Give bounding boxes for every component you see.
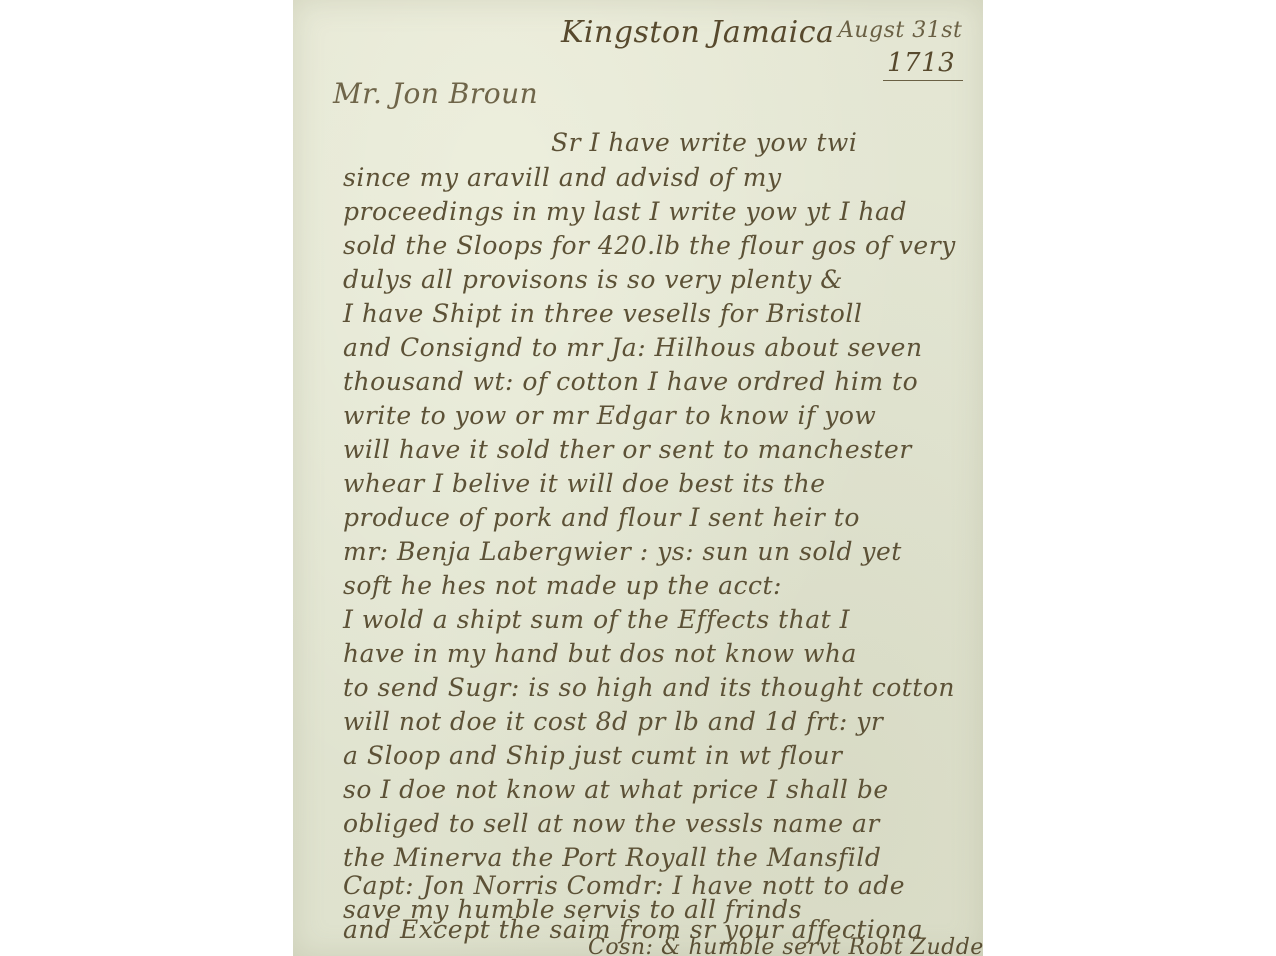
letter-paper: Kingston Jamaica Augst 31st 1713 Mr. Jon…	[293, 0, 983, 956]
letter-line: obliged to sell at now the vessls name a…	[343, 811, 880, 836]
letter-signature: Cosn: & humble servt Robt Zuddenday	[588, 937, 983, 956]
letter-place: Kingston Jamaica	[561, 18, 834, 48]
letter-date: Augst 31st	[838, 20, 962, 42]
letter-line: I have Shipt in three vesells for Bristo…	[343, 301, 862, 326]
letter-line: proceedings in my last I write yow yt I …	[343, 199, 907, 224]
letter-line: dulys all provisons is so very plenty &	[343, 267, 843, 292]
letter-line: will not doe it cost 8d pr lb and 1d frt…	[343, 709, 883, 734]
letter-line: so I doe not know at what price I shall …	[343, 777, 889, 802]
letter-year: 1713	[883, 50, 963, 81]
letter-line: since my aravill and advisd of my	[343, 165, 782, 190]
letter-line: a Sloop and Ship just cumt in wt flour	[343, 743, 842, 768]
letter-addressee: Mr. Jon Broun	[333, 80, 538, 108]
letter-line: mr: Benja Labergwier : ys: sun un sold y…	[343, 539, 902, 564]
letter-line: write to yow or mr Edgar to know if yow	[343, 403, 876, 428]
letter-line: sold the Sloops for 420.lb the flour gos…	[343, 233, 956, 258]
letter-salutation: Sr I have write yow twi	[551, 130, 857, 155]
letter-line: thousand wt: of cotton I have ordred him…	[343, 369, 918, 394]
letter-line: I wold a shipt sum of the Effects that I	[343, 607, 850, 632]
letter-line: to send Sugr: is so high and its thought…	[343, 675, 955, 700]
letter-line: have in my hand but dos not know wha	[343, 641, 857, 666]
letter-line: the Minerva the Port Royall the Mansfild	[343, 845, 881, 870]
letter-line: soft he hes not made up the acct:	[343, 573, 782, 598]
letter-line: will have it sold ther or sent to manche…	[343, 437, 912, 462]
image-canvas: Kingston Jamaica Augst 31st 1713 Mr. Jon…	[0, 0, 1276, 956]
letter-line: whear I belive it will doe best its the	[343, 471, 826, 496]
letter-line: produce of pork and flour I sent heir to	[343, 505, 860, 530]
letter-line: and Consignd to mr Ja: Hilhous about sev…	[343, 335, 923, 360]
